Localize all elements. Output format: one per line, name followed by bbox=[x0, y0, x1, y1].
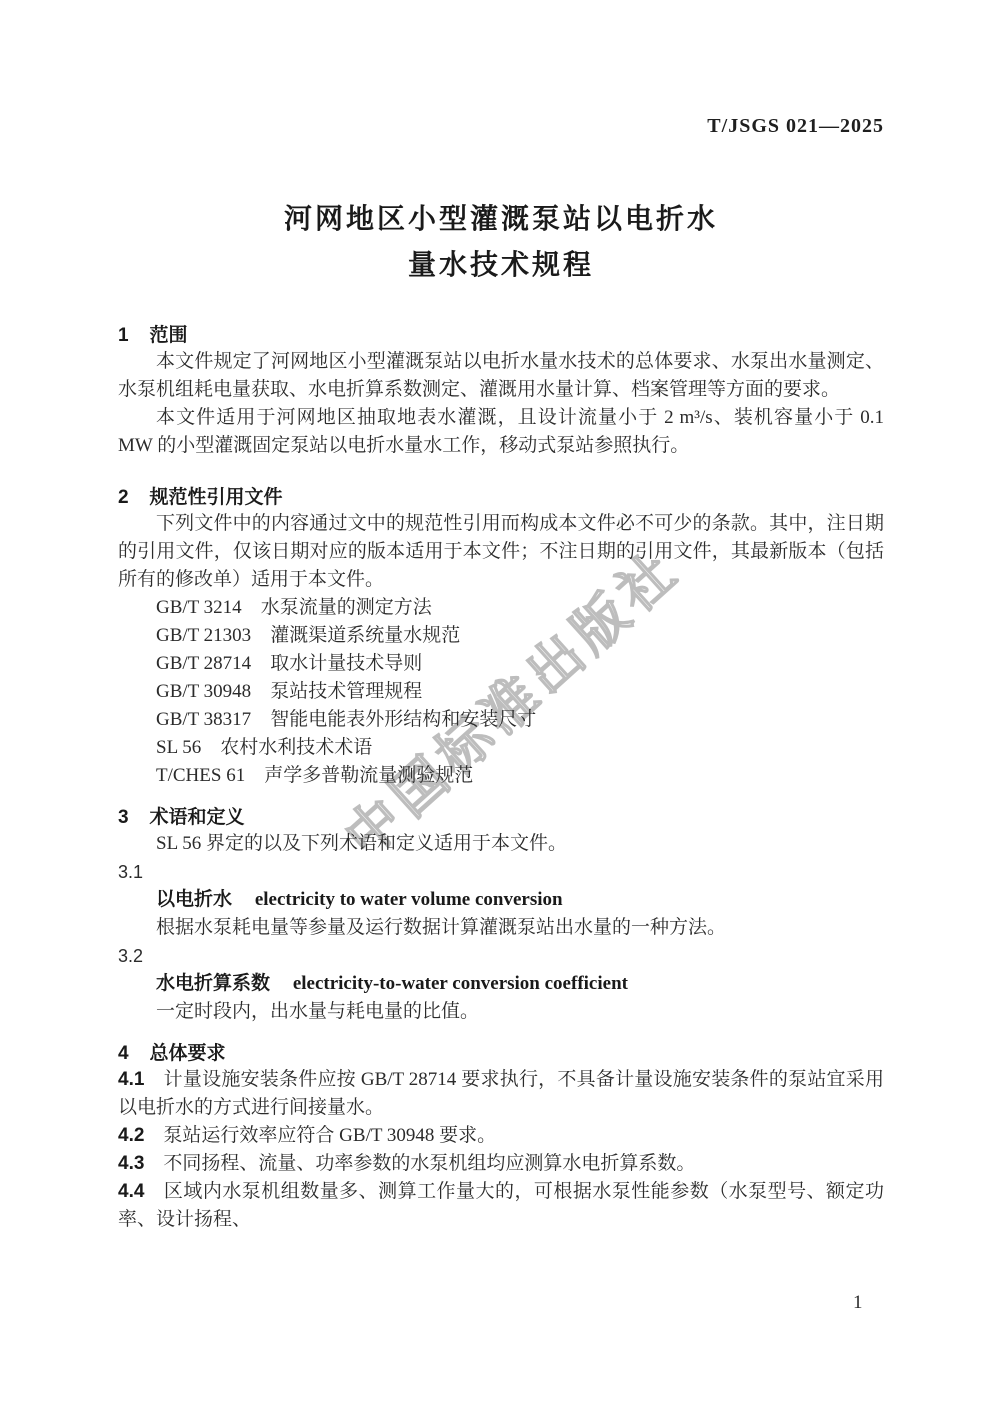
section-1-label: 范围 bbox=[149, 325, 187, 346]
section-4-number: 4 bbox=[118, 1042, 129, 1066]
reference-code: GB/T 3214 bbox=[156, 594, 242, 622]
reference-title: 智能电能表外形结构和安装尺寸 bbox=[270, 709, 536, 730]
term-name-en: electricity-to-water conversion coeffici… bbox=[293, 973, 628, 994]
page-content: T/JSGS 021—2025 河网地区小型灌溉泵站以电折水 量水技术规程 1范… bbox=[118, 0, 884, 1234]
standard-number: T/JSGS 021—2025 bbox=[118, 114, 884, 138]
requirement-text: 泵站运行效率应符合 GB/T 30948 要求。 bbox=[163, 1125, 496, 1146]
term-entry: 3.1 以电折水electricity to water volume conv… bbox=[118, 858, 884, 942]
requirement-item: 4.2泵站运行效率应符合 GB/T 30948 要求。 bbox=[118, 1122, 884, 1150]
document-title-line-1: 河网地区小型灌溉泵站以电折水 bbox=[118, 196, 884, 242]
requirement-item: 4.3不同扬程、流量、功率参数的水泵机组均应测算水电折算系数。 bbox=[118, 1150, 884, 1178]
section-3-label: 术语和定义 bbox=[149, 807, 244, 828]
document-page: 中国标准出版社 T/JSGS 021—2025 河网地区小型灌溉泵站以电折水 量… bbox=[0, 0, 992, 1403]
reference-item: GB/T 30948泵站技术管理规程 bbox=[118, 678, 884, 706]
scope-paragraph-2: 本文件适用于河网地区抽取地表水灌溉，且设计流量小于 2 m³/s、装机容量小于 … bbox=[118, 404, 884, 460]
term-name-en: electricity to water volume conversion bbox=[255, 889, 563, 910]
section-2-heading: 2规范性引用文件 bbox=[118, 486, 884, 510]
section-2-number: 2 bbox=[118, 486, 129, 510]
term-name-line: 以电折水electricity to water volume conversi… bbox=[118, 886, 884, 914]
page-number: 1 bbox=[853, 1291, 863, 1315]
reference-code: GB/T 38317 bbox=[156, 706, 251, 734]
term-number: 3.2 bbox=[118, 942, 884, 970]
reference-code: SL 56 bbox=[156, 734, 201, 762]
requirement-item: 4.4区域内水泵机组数量多、测算工作量大的，可根据水泵性能参数（水泵型号、额定功… bbox=[118, 1178, 884, 1234]
reference-code: GB/T 30948 bbox=[156, 678, 251, 706]
reference-title: 水泵流量的测定方法 bbox=[261, 597, 432, 618]
requirement-number: 4.2 bbox=[118, 1122, 144, 1150]
section-2-label: 规范性引用文件 bbox=[149, 487, 282, 508]
section-1-number: 1 bbox=[118, 324, 129, 348]
reference-title: 取水计量技术导则 bbox=[270, 653, 422, 674]
requirement-number: 4.3 bbox=[118, 1150, 144, 1178]
reference-item: GB/T 21303灌溉渠道系统量水规范 bbox=[118, 622, 884, 650]
reference-item: GB/T 28714取水计量技术导则 bbox=[118, 650, 884, 678]
reference-item: T/CHES 61声学多普勒流量测验规范 bbox=[118, 762, 884, 790]
reference-item: GB/T 3214水泵流量的测定方法 bbox=[118, 594, 884, 622]
term-entry: 3.2 水电折算系数electricity-to-water conversio… bbox=[118, 942, 884, 1026]
reference-code: GB/T 21303 bbox=[156, 622, 251, 650]
terms-intro-paragraph: SL 56 界定的以及下列术语和定义适用于本文件。 bbox=[118, 830, 884, 858]
section-3-heading: 3术语和定义 bbox=[118, 806, 884, 830]
section-1-heading: 1范围 bbox=[118, 324, 884, 348]
scope-paragraph-1: 本文件规定了河网地区小型灌溉泵站以电折水量水技术的总体要求、水泵出水量测定、水泵… bbox=[118, 348, 884, 404]
section-3-number: 3 bbox=[118, 806, 129, 830]
term-definition: 一定时段内，出水量与耗电量的比值。 bbox=[118, 998, 884, 1026]
term-name-zh: 以电折水 bbox=[156, 886, 232, 914]
requirement-number: 4.1 bbox=[118, 1066, 144, 1094]
reference-title: 声学多普勒流量测验规范 bbox=[264, 765, 473, 786]
reference-title: 农村水利技术术语 bbox=[220, 737, 372, 758]
term-name-line: 水电折算系数electricity-to-water conversion co… bbox=[118, 970, 884, 998]
term-name-zh: 水电折算系数 bbox=[156, 970, 270, 998]
requirement-text: 计量设施安装条件应按 GB/T 28714 要求执行，不具备计量设施安装条件的泵… bbox=[118, 1069, 884, 1118]
section-4-heading: 4总体要求 bbox=[118, 1042, 884, 1066]
reference-title: 灌溉渠道系统量水规范 bbox=[270, 625, 460, 646]
normative-references-paragraph: 下列文件中的内容通过文中的规范性引用而构成本文件必不可少的条款。其中，注日期的引… bbox=[118, 510, 884, 594]
reference-item: GB/T 38317智能电能表外形结构和安装尺寸 bbox=[118, 706, 884, 734]
term-number: 3.1 bbox=[118, 858, 884, 886]
term-definition: 根据水泵耗电量等参量及运行数据计算灌溉泵站出水量的一种方法。 bbox=[118, 914, 884, 942]
reference-title: 泵站技术管理规程 bbox=[270, 681, 422, 702]
requirement-text: 不同扬程、流量、功率参数的水泵机组均应测算水电折算系数。 bbox=[163, 1153, 695, 1174]
requirement-number: 4.4 bbox=[118, 1178, 144, 1206]
requirement-text: 区域内水泵机组数量多、测算工作量大的，可根据水泵性能参数（水泵型号、额定功率、设… bbox=[118, 1181, 884, 1230]
normative-references-list: GB/T 3214水泵流量的测定方法 GB/T 21303灌溉渠道系统量水规范 … bbox=[118, 594, 884, 790]
section-4-label: 总体要求 bbox=[149, 1043, 225, 1064]
reference-item: SL 56农村水利技术术语 bbox=[118, 734, 884, 762]
reference-code: GB/T 28714 bbox=[156, 650, 251, 678]
document-title: 河网地区小型灌溉泵站以电折水 量水技术规程 bbox=[118, 196, 884, 288]
requirement-item: 4.1计量设施安装条件应按 GB/T 28714 要求执行，不具备计量设施安装条… bbox=[118, 1066, 884, 1122]
document-title-line-2: 量水技术规程 bbox=[118, 242, 884, 288]
reference-code: T/CHES 61 bbox=[156, 762, 245, 790]
